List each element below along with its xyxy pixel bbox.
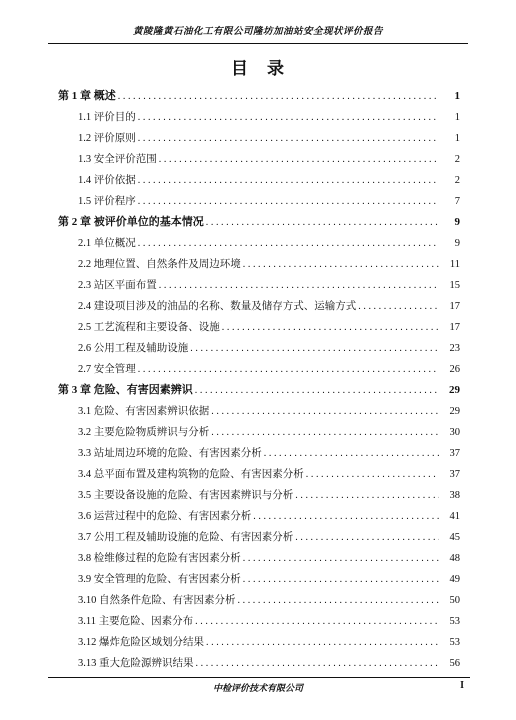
page-title: 目 录 [0, 54, 516, 79]
toc-entry: 3.9 安全管理的危险、有害因素分析......................… [58, 569, 460, 590]
toc-entry-page: 23 [442, 338, 460, 359]
toc-entry-label: 3.6 运营过程中的危险、有害因素分析 [78, 506, 251, 527]
toc-entry-label: 第 1 章 概述 [58, 86, 116, 107]
toc-entry: 2.6 公用工程及辅助设施...........................… [58, 338, 460, 359]
toc-entry-page: 29 [442, 380, 460, 401]
toc-entry-page: 9 [442, 212, 460, 233]
toc-entry: 第 3 章 危险、有害因素辨识.........................… [58, 380, 460, 401]
toc-entry: 1.2 评价原则................................… [58, 128, 460, 149]
toc-dot-leader: ........................................… [138, 233, 439, 254]
toc-entry: 2.3 站区平面布置..............................… [58, 275, 460, 296]
running-header-title: 黄陵隆黄石油化工有限公司隆坊加油站安全现状评价报告 [48, 23, 468, 37]
toc-entry-page: 37 [442, 443, 460, 464]
toc-entry: 3.12 爆炸危险区域划分结果.........................… [58, 632, 460, 653]
toc-dot-leader: ........................................… [306, 464, 439, 485]
toc-entry: 第 1 章 概述................................… [58, 86, 460, 107]
toc-dot-leader: ........................................… [243, 254, 439, 275]
toc-entry-label: 1.5 评价程序 [78, 191, 136, 212]
footer-rule [48, 677, 470, 678]
toc-entry-page: 9 [442, 233, 460, 254]
toc-dot-leader: ........................................… [138, 107, 439, 128]
document-page: 黄陵隆黄石油化工有限公司隆坊加油站安全现状评价报告 目 录 第 1 章 概述..… [0, 0, 516, 720]
toc-list: 第 1 章 概述................................… [58, 86, 460, 674]
toc-dot-leader: ........................................… [243, 569, 439, 590]
toc-entry-page: 1 [442, 128, 460, 149]
toc-dot-leader: ........................................… [253, 506, 439, 527]
footer-company: 中检评价技术有限公司 [0, 681, 516, 694]
toc-entry: 3.1 危险、有害因素辨识依据.........................… [58, 401, 460, 422]
toc-dot-leader: ........................................… [159, 149, 439, 170]
toc-entry-page: 53 [442, 611, 460, 632]
toc-dot-leader: ........................................… [211, 401, 439, 422]
toc-dot-leader: ........................................… [206, 632, 439, 653]
toc-entry-label: 2.7 安全管理 [78, 359, 136, 380]
toc-entry-label: 1.3 安全评价范围 [78, 149, 157, 170]
toc-dot-leader: ........................................… [238, 590, 440, 611]
toc-dot-leader: ........................................… [206, 212, 439, 233]
toc-entry: 3.4 总平面布置及建构筑物的危险、有害因素分析................… [58, 464, 460, 485]
toc-entry: 1.5 评价程序................................… [58, 191, 460, 212]
toc-entry-page: 50 [442, 590, 460, 611]
toc-entry-page: 45 [442, 527, 460, 548]
toc-entry-label: 3.9 安全管理的危险、有害因素分析 [78, 569, 241, 590]
toc-entry-page: 7 [442, 191, 460, 212]
toc-entry-label: 2.5 工艺流程和主要设备、设施 [78, 317, 220, 338]
toc-entry-page: 15 [442, 275, 460, 296]
toc-entry-label: 3.1 危险、有害因素辨识依据 [78, 401, 209, 422]
toc-dot-leader: ........................................… [138, 359, 439, 380]
toc-entry: 2.5 工艺流程和主要设备、设施........................… [58, 317, 460, 338]
toc-dot-leader: ........................................… [243, 548, 439, 569]
toc-entry-page: 2 [442, 170, 460, 191]
toc-entry-label: 第 2 章 被评价单位的基本情况 [58, 212, 204, 233]
toc-entry-label: 3.12 爆炸危险区域划分结果 [78, 632, 204, 653]
toc-entry-page: 53 [442, 632, 460, 653]
toc-dot-leader: ........................................… [190, 338, 439, 359]
toc-dot-leader: ........................................… [264, 443, 439, 464]
toc-entry-page: 30 [442, 422, 460, 443]
toc-entry: 2.1 单位概况................................… [58, 233, 460, 254]
toc-entry: 3.13 重大危险源辨识结果..........................… [58, 653, 460, 674]
toc-entry-page: 26 [442, 359, 460, 380]
toc-entry: 3.5 主要设备设施的危险、有害因素辨识与分析.................… [58, 485, 460, 506]
toc-entry: 1.1 评价目的................................… [58, 107, 460, 128]
toc-entry-label: 3.5 主要设备设施的危险、有害因素辨识与分析 [78, 485, 293, 506]
toc-entry-label: 3.10 自然条件危险、有害因素分析 [78, 590, 236, 611]
toc-dot-leader: ........................................… [138, 191, 439, 212]
toc-entry-label: 2.2 地理位置、自然条件及周边环境 [78, 254, 241, 275]
toc-entry-label: 3.2 主要危险物质辨识与分析 [78, 422, 209, 443]
toc-dot-leader: ........................................… [196, 653, 440, 674]
toc-entry-page: 1 [442, 107, 460, 128]
toc-dot-leader: ........................................… [358, 296, 439, 317]
toc-dot-leader: ........................................… [211, 422, 439, 443]
toc-dot-leader: ........................................… [138, 170, 439, 191]
toc-entry: 第 2 章 被评价单位的基本情况........................… [58, 212, 460, 233]
toc-entry: 1.4 评价依据................................… [58, 170, 460, 191]
toc-entry-label: 3.11 主要危险、因素分布 [78, 611, 193, 632]
toc-entry-page: 37 [442, 464, 460, 485]
toc-entry-page: 29 [442, 401, 460, 422]
toc-entry-label: 3.8 检维修过程的危险有害因素分析 [78, 548, 241, 569]
toc-dot-leader: ........................................… [195, 380, 439, 401]
toc-entry-label: 2.4 建设项目涉及的油品的名称、数量及储存方式、运输方式 [78, 296, 356, 317]
toc-dot-leader: ........................................… [138, 128, 439, 149]
footer-page-number: I [460, 680, 464, 691]
toc-entry: 3.8 检维修过程的危险有害因素分析......................… [58, 548, 460, 569]
toc-dot-leader: ........................................… [295, 527, 439, 548]
toc-entry-page: 1 [442, 86, 460, 107]
toc-entry: 2.2 地理位置、自然条件及周边环境......................… [58, 254, 460, 275]
toc-dot-leader: ........................................… [222, 317, 439, 338]
toc-dot-leader: ........................................… [159, 275, 439, 296]
toc-entry-label: 2.6 公用工程及辅助设施 [78, 338, 188, 359]
toc-entry-label: 第 3 章 危险、有害因素辨识 [58, 380, 193, 401]
toc-dot-leader: ........................................… [195, 611, 439, 632]
toc-entry-label: 3.13 重大危险源辨识结果 [78, 653, 194, 674]
toc-entry-page: 17 [442, 296, 460, 317]
toc-dot-leader: ........................................… [118, 86, 439, 107]
toc-entry-page: 2 [442, 149, 460, 170]
toc-entry: 3.7 公用工程及辅助设施的危险、有害因素分析.................… [58, 527, 460, 548]
header-rule [48, 43, 468, 44]
toc-entry: 3.6 运营过程中的危险、有害因素分析.....................… [58, 506, 460, 527]
toc-entry-label: 1.1 评价目的 [78, 107, 136, 128]
toc-entry-page: 38 [442, 485, 460, 506]
toc-entry-page: 17 [442, 317, 460, 338]
toc-entry-label: 3.7 公用工程及辅助设施的危险、有害因素分析 [78, 527, 293, 548]
toc-entry-page: 49 [442, 569, 460, 590]
toc-dot-leader: ........................................… [295, 485, 439, 506]
toc-entry-label: 3.4 总平面布置及建构筑物的危险、有害因素分析 [78, 464, 304, 485]
toc-entry: 3.10 自然条件危险、有害因素分析......................… [58, 590, 460, 611]
toc-entry-label: 2.3 站区平面布置 [78, 275, 157, 296]
toc-entry-page: 48 [442, 548, 460, 569]
toc-entry-page: 11 [442, 254, 460, 275]
toc-entry-page: 41 [442, 506, 460, 527]
toc-entry: 3.2 主要危险物质辨识与分析.........................… [58, 422, 460, 443]
toc-entry-label: 3.3 站址周边环境的危险、有害因素分析 [78, 443, 262, 464]
toc-entry-label: 1.2 评价原则 [78, 128, 136, 149]
toc-entry: 3.11 主要危险、因素分布..........................… [58, 611, 460, 632]
toc-entry: 1.3 安全评价范围..............................… [58, 149, 460, 170]
toc-entry-label: 2.1 单位概况 [78, 233, 136, 254]
toc-entry: 2.7 安全管理................................… [58, 359, 460, 380]
toc-entry: 2.4 建设项目涉及的油品的名称、数量及储存方式、运输方式...........… [58, 296, 460, 317]
toc-entry-label: 1.4 评价依据 [78, 170, 136, 191]
toc-entry-page: 56 [442, 653, 460, 674]
toc-entry: 3.3 站址周边环境的危险、有害因素分析....................… [58, 443, 460, 464]
